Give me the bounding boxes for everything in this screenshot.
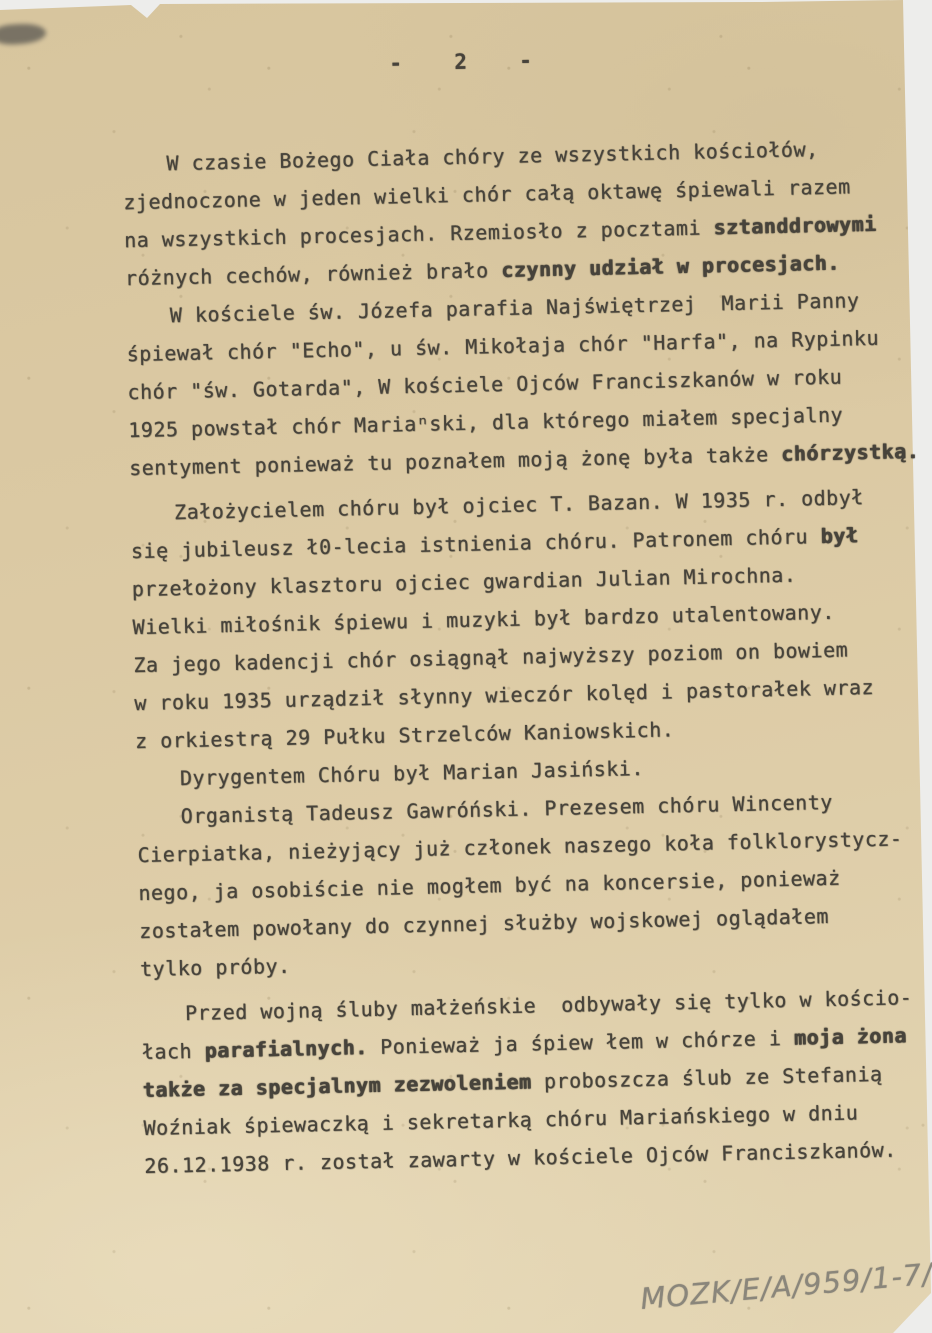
typed-segment: zostałem powołany do czynnej służby wojs… [139, 904, 829, 943]
typed-segment: łach [142, 1039, 205, 1064]
page-number: - 2 - [389, 48, 541, 75]
typed-text: W czasie Bożego Ciała chóry ze wszystkic… [122, 128, 932, 1185]
typed-segment: chórzystką. [781, 439, 919, 466]
typed-segment: Dyrygentem Chóru był Marian Jasiński. [180, 756, 644, 790]
typed-segment: proboszcza ślub ze Stefanią [531, 1062, 883, 1094]
typed-segment: także za specjalnym zezwoleniem [142, 1070, 531, 1102]
typed-segment: czynny udział w procesjach. [501, 251, 840, 282]
scan-stage: - 2 - W czasie Bożego Ciała chóry ze wsz… [0, 0, 932, 1333]
typed-segment: sentyment ponieważ tu poznałem moją żonę… [129, 442, 782, 480]
typed-segment: tylko próby. [140, 954, 291, 981]
typed-segment: różnych cechów, również brało [125, 258, 502, 290]
typed-segment: parafialnych. [204, 1035, 368, 1063]
typed-segment: moja żona [794, 1023, 907, 1049]
typed-segment: sztanddrowymi [713, 212, 877, 240]
typed-segment: był [820, 523, 858, 548]
typed-segment: na wszystkich procesjach. Rzemiosło z po… [124, 215, 714, 252]
typed-segment: Ponieważ ja śpiew łem w chórze i [367, 1026, 794, 1059]
typed-segment: z orkiestrą 29 Pułku Strzelców Kaniowski… [135, 717, 675, 753]
